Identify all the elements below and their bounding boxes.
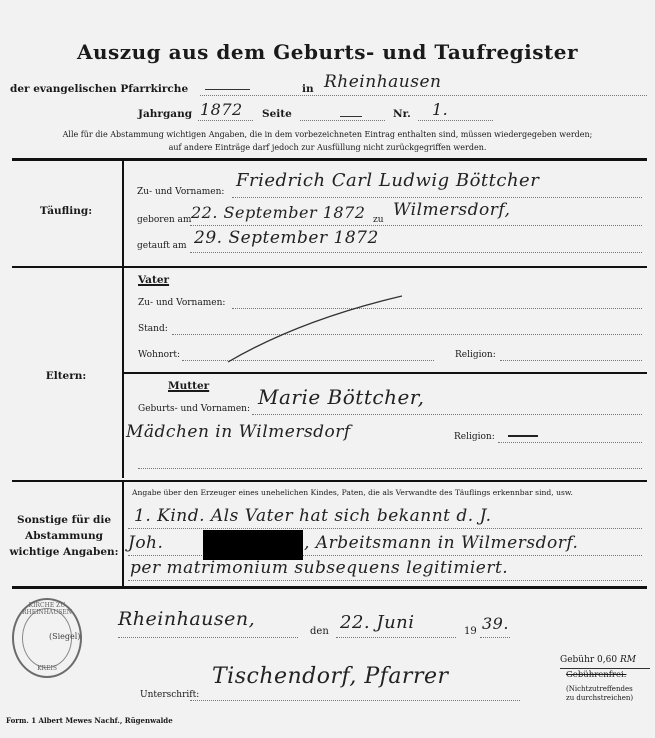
form-printer-footer: Form. 1 Albert Mewes Nachf., Rügenwalde xyxy=(6,716,173,725)
seal-ring-text-top: KIRCHE ZU RHEINHAUSEN xyxy=(14,602,80,616)
date-line xyxy=(336,637,456,638)
mutter-religion-dash xyxy=(508,435,538,437)
fee-note-line-2: zu durchstreichen) xyxy=(566,694,633,702)
mutter-name-label: Geburts- und Vornamen: xyxy=(138,404,250,414)
year-value: 39. xyxy=(482,614,509,633)
den-label: den xyxy=(310,626,329,637)
fee-note-line-1: (Nichtzutreffendes xyxy=(566,685,633,693)
sonstige-label-line-2: Abstammung xyxy=(6,528,122,544)
sonstige-instruction: Angabe über den Erzeuger eines unehelich… xyxy=(132,488,573,497)
sonstige-line-2-suffix: , Arbeitsmann in Wilmersdorf. xyxy=(304,533,578,553)
signature-line xyxy=(190,700,520,701)
mutter-extra-line xyxy=(138,468,642,469)
date-value: 22. Juni xyxy=(340,612,415,633)
church-seal: KIRCHE ZU RHEINHAUSEN (Siegel) KREIS xyxy=(12,598,82,678)
sonstige-label-line-3: wichtige Angaben: xyxy=(6,544,122,560)
fee-divider xyxy=(560,668,650,669)
fee-amount: Gebühr 0,60 xyxy=(560,655,617,665)
mutter-religion-line xyxy=(498,442,642,443)
sonstige-line-2-prefix: Joh. xyxy=(128,533,163,553)
year-prefix: 19 xyxy=(464,626,477,637)
date-place-line xyxy=(118,637,298,638)
signature-label: Unterschrift: xyxy=(140,690,199,700)
sonstige-line-1-value: 1. Kind. Als Vater hat sich bekannt d. J… xyxy=(134,506,491,526)
mutter-religion-label: Religion: xyxy=(454,432,495,442)
seal-label: (Siegel) xyxy=(49,632,80,641)
seal-ring-text-bottom: KREIS xyxy=(14,665,80,672)
sonstige-label-line-1: Sonstige für die xyxy=(6,512,122,528)
mutter-heading: Mutter xyxy=(168,380,209,392)
redaction-block xyxy=(203,530,303,560)
sonstige-line-1 xyxy=(128,528,642,529)
fee-currency: RM xyxy=(620,655,636,665)
sonstige-line-3 xyxy=(128,580,642,581)
signature-value: Tischendorf, Pfarrer xyxy=(212,664,449,689)
sonstige-section-label: Sonstige für die Abstammung wichtige Ang… xyxy=(6,512,122,560)
year-line xyxy=(480,637,510,638)
mutter-occupation-value: Mädchen in Wilmersdorf xyxy=(126,422,351,442)
fee-free-struck: Gebührenfrei. xyxy=(566,670,626,680)
sonstige-line-3-value: per matrimonium subsequens legitimiert. xyxy=(130,558,508,578)
fee-label: Gebühr 0,60 RM xyxy=(560,655,636,665)
date-place-value: Rheinhausen, xyxy=(118,608,255,630)
mutter-name-value: Marie Böttcher, xyxy=(258,385,425,409)
mutter-name-line xyxy=(252,414,642,415)
